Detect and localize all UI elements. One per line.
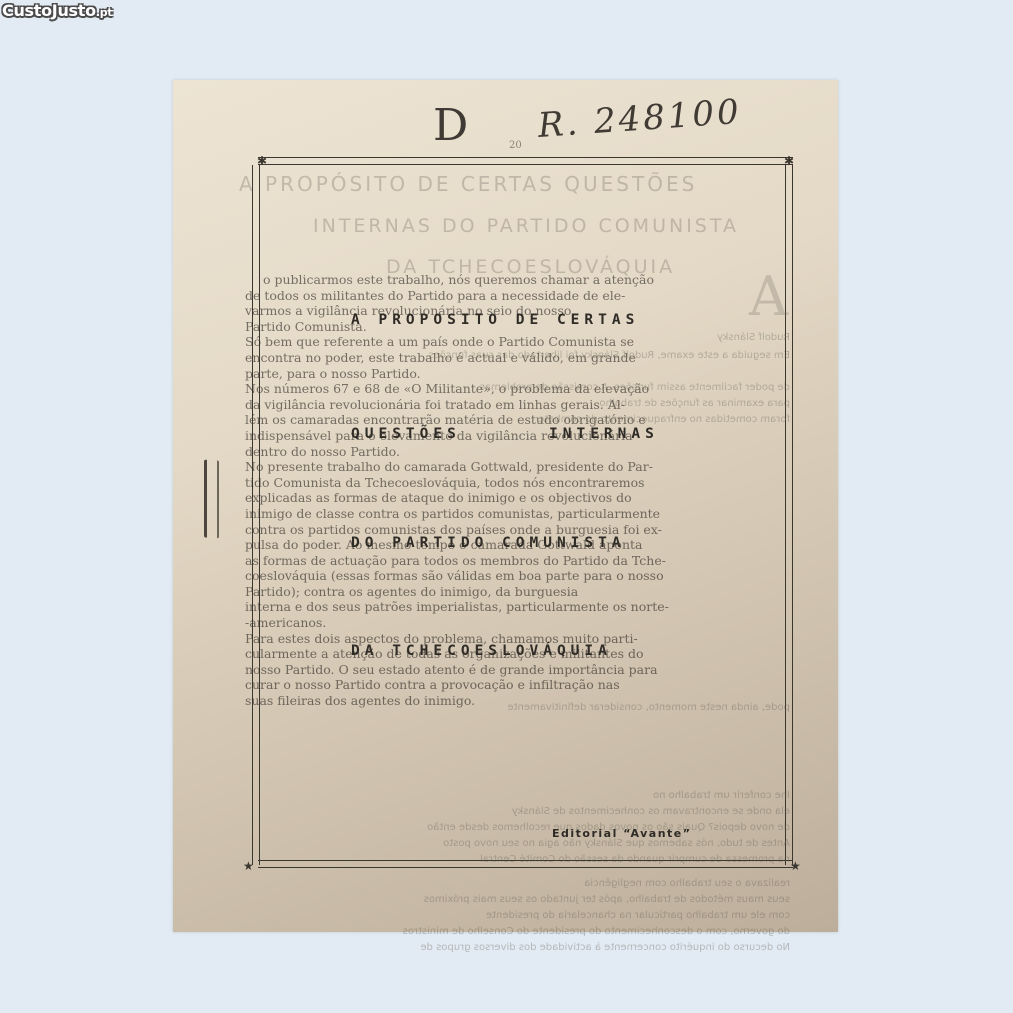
frame-top-inner [258,164,793,165]
star-ornament-icon: ★ [790,860,801,872]
bleed-through-line: realizava o seu trabalho com negligência [245,876,790,891]
title-line-4: DA TCHECOESLOVÁQUIA [351,643,612,659]
body-text-line: explicadas as formas de ataque do inimig… [245,490,790,506]
bleed-through-line: Em seguida a este exame, Rudolf Slánsky … [245,348,790,363]
publisher-imprint: Editorial “Avante” [552,827,692,840]
ghost-title-line-1: A PROPÓSITO DE CERTAS QUESTÕES [239,172,697,196]
title-line-1: A PROPOSITO DE CERTAS [351,312,639,328]
frame-right-outer [792,165,793,865]
watermark-tld: .pt [96,6,112,19]
body-text-line: parte, para o nosso Partido. [245,366,790,382]
handwritten-reference: R. 248100 [537,92,743,146]
bleed-through-line: ela onde se encontravam os conhecimentos… [245,804,790,819]
frame-bottom-outer [258,867,793,868]
bleed-through-line: Antes de tudo, nós sabemos que Slánsky n… [245,836,790,851]
pamphlet-page: D 20 R. 248100 ✱ ✱ ★ ★ A PROPÓSITO DE CE… [173,80,838,932]
watermark-brand: CustoJusto [2,1,96,20]
frame-top-outer [258,157,793,158]
bleed-through-line: seus maus métodos de trabalho, após ter … [245,892,790,907]
body-text-line: curar o nosso Partido contra a provocaçã… [245,677,790,693]
bleed-through-line: com ele um trabalho particular na chance… [245,908,790,923]
body-text-line: inimigo de classe contra os partidos com… [245,506,790,522]
bleed-through-line: na promessa de cumprir quando da sessão … [245,852,790,867]
star-ornament-icon: ✱ [784,155,794,167]
title-line-2-right: INTERNAS [549,426,659,442]
title-line-2-left: QUESTÕES [351,426,461,442]
handwritten-small-mark: 20 [509,140,522,151]
bleed-through-line: foram cometidas no enfraquecimento do co… [245,412,790,427]
staple-icon [204,459,219,538]
bleed-through-line: lhe conferir um trabalho no [245,788,790,803]
body-text-line: dentro do nosso Partido. [245,444,790,460]
bleed-through-line: de poder facilmente assim funções. A com… [245,380,790,395]
bleed-through-line: No decurso do inquérito concernente à ac… [245,940,790,955]
body-text-line: o publicarmos este trabalho, nós queremo… [245,272,790,288]
body-text-line: -americanos. [245,615,790,631]
ghost-title-line-2: INTERNAS DO PARTIDO COMUNISTA [313,215,739,237]
bleed-through-line: do governo, com o desconhecimento do pre… [245,924,790,939]
custojusto-watermark: CustoJusto.pt [2,1,112,20]
title-line-3: DO PARTIDO COMUNISTA [351,535,626,551]
bleed-through-line: Rudolf Slánsky [245,330,790,345]
body-text-line: as formas de actuação para todos os memb… [245,553,790,569]
bleed-through-line: para examinar as funções de trabalho [245,396,790,411]
star-ornament-icon: ✱ [257,155,267,167]
body-text-line: nosso Partido. O seu estado atento é de … [245,662,790,678]
body-text-line: indispensável para o elevamento da vigil… [245,428,790,444]
body-text-line: interna e dos seus patrões imperialistas… [245,599,790,615]
bleed-through-line: de novo depois? Quais são os novos dados… [245,820,790,835]
body-text-line: coeslováquia (essas formas são válidas e… [245,568,790,584]
handwritten-letter: D [433,100,468,151]
body-text-line: tido Comunista da Tchecoeslováquia, todo… [245,475,790,491]
body-text-line: No presente trabalho do camarada Gottwal… [245,459,790,475]
body-text-line: Partido); contra os agentes do inimigo, … [245,584,790,600]
bleed-through-line: pode, ainda neste momento, considerar de… [245,700,790,715]
body-text-line: de todos os militantes do Partido para a… [245,288,790,304]
